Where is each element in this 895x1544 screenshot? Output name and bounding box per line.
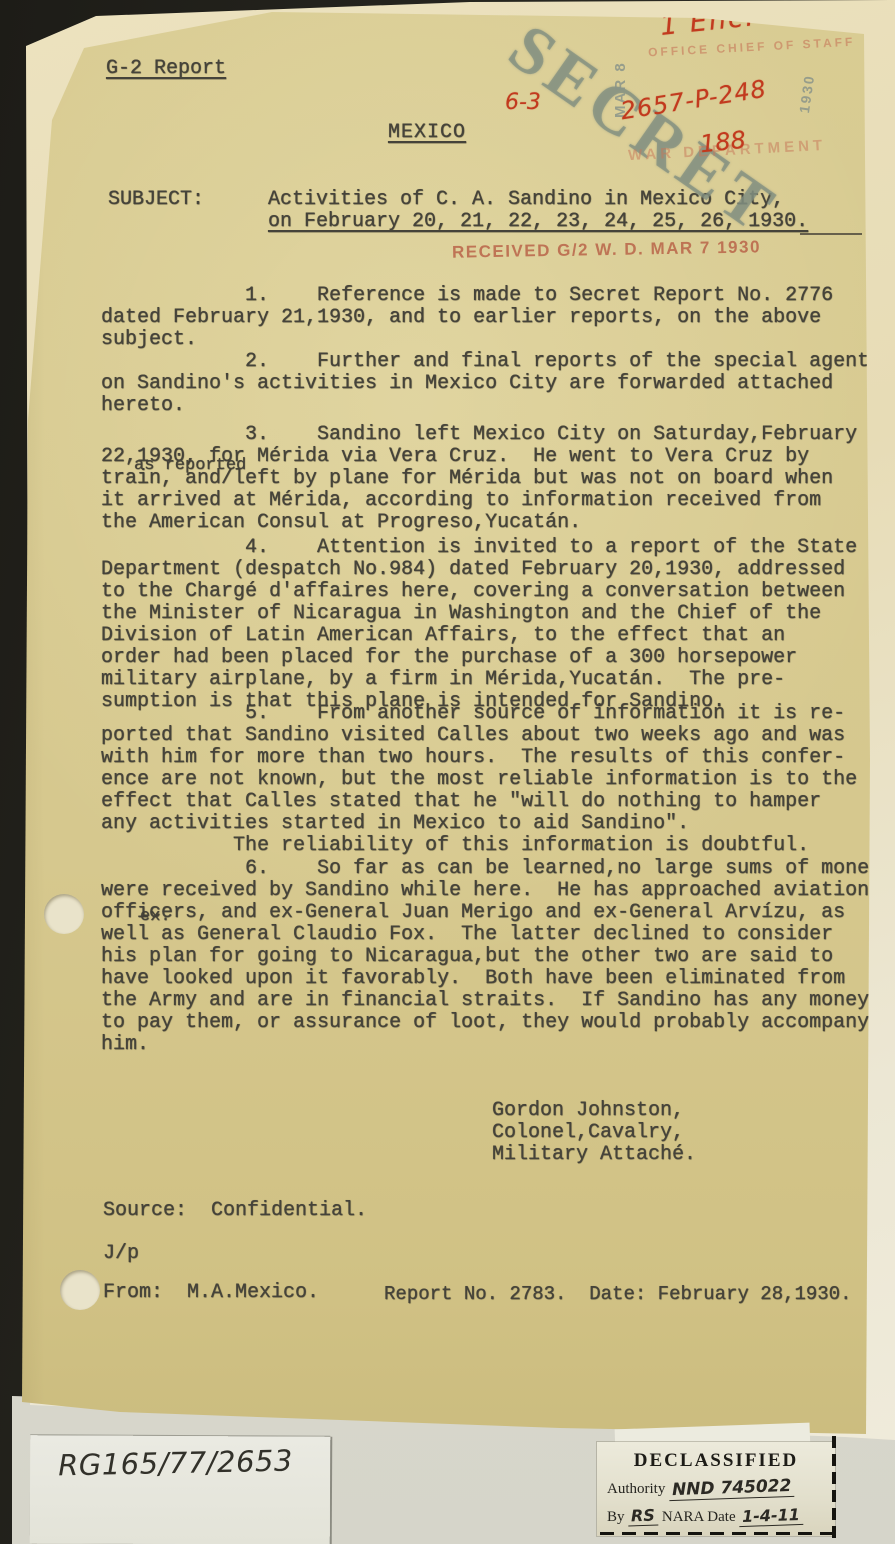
archive-reference: RG165/77/2653 (58, 1444, 293, 1483)
report-page: G-2 Report MEXICO SUBJECT: Activities of… (0, 0, 895, 1544)
hole-punch-upper (44, 894, 84, 934)
date-stamp-1930: 1930 (796, 73, 817, 114)
dashed-border-vertical (832, 1436, 836, 1544)
paragraph-4: 4. Attention is invited to a report of t… (101, 537, 857, 713)
received-g2-stamp: RECEIVED G/2 W. D. MAR 7 1930 (452, 237, 761, 262)
country-heading: MEXICO (388, 122, 466, 144)
authority-label: Authority (607, 1481, 665, 1497)
paragraph-1: 1. Reference is made to Secret Report No… (101, 285, 833, 351)
declassified-title: DECLASSIFIED (597, 1450, 835, 1472)
subject-label: SUBJECT: (108, 189, 204, 211)
report-number-line: Report No. 2783. Date: February 28,1930. (384, 1283, 851, 1305)
typist-initials: J/p (103, 1243, 139, 1265)
paragraph-2: 2. Further and final reports of the spec… (101, 351, 869, 417)
from-line: From: M.A.Mexico. (103, 1282, 319, 1304)
subject-underline-extension (800, 233, 862, 235)
signature-block: Gordon Johnston, Colonel,Cavalry, Milita… (492, 1100, 696, 1166)
paragraph-6: 6. So far as can be learned,no large sum… (101, 858, 881, 1056)
report-type-heading: G-2 Report (106, 58, 226, 80)
red-annotation-code: 6-3 (505, 90, 541, 115)
red-annotation-page-number: 188 (699, 126, 747, 159)
paragraph-3: 3. Sandino left Mexico City on Saturday,… (101, 424, 857, 534)
by-label: By (607, 1509, 625, 1525)
hole-punch-lower (60, 1270, 100, 1310)
interline-insertion-ex: ex. (140, 906, 171, 928)
source-line: Source: Confidential. (103, 1200, 367, 1222)
paragraph-5: 5. From another source of information it… (101, 703, 857, 857)
declassified-stamp: DECLASSIFIED Authority NND 745022 By RS … (597, 1442, 835, 1536)
by-value-handwritten: RS (628, 1505, 659, 1526)
nara-date-value-handwritten: 1-4-11 (739, 1505, 803, 1527)
interline-insertion-as-reported: as reported (134, 455, 246, 477)
nara-date-label: NARA Date (662, 1509, 736, 1525)
authority-value-handwritten: NND 745022 (669, 1476, 795, 1501)
dashed-border-horizontal (600, 1532, 832, 1535)
archive-reference-card: RG165/77/2653 (30, 1435, 331, 1544)
document-photo: G-2 Report MEXICO SUBJECT: Activities of… (0, 0, 895, 1544)
